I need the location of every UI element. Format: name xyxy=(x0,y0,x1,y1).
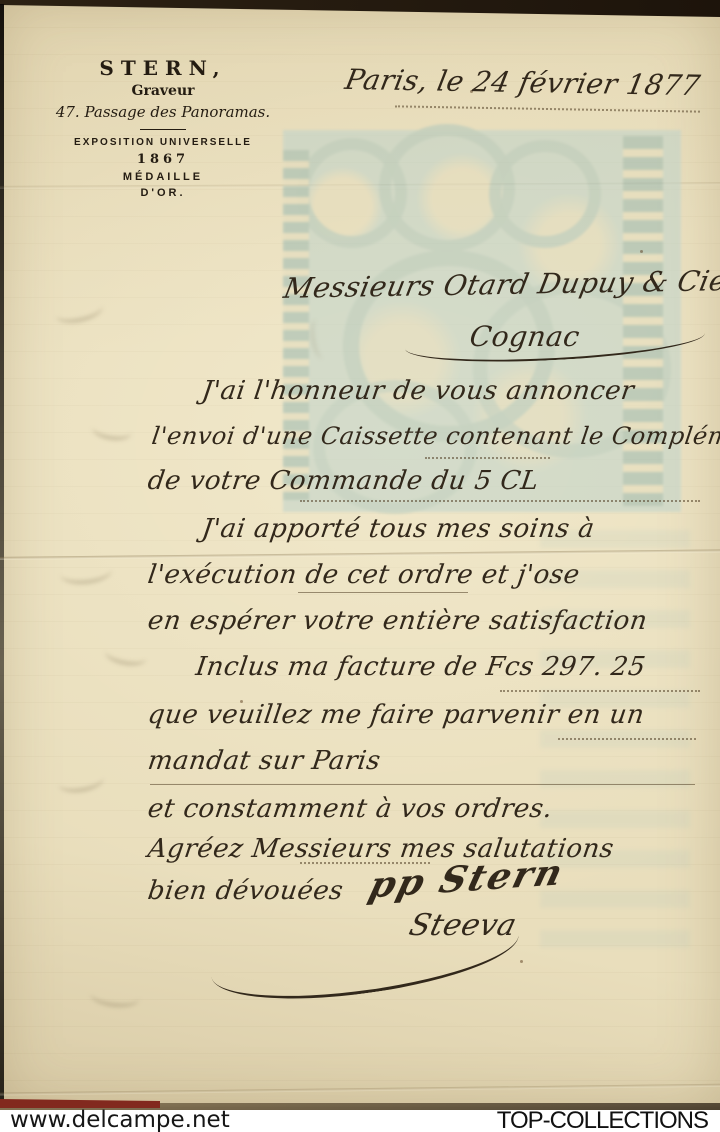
body-line: en espérer votre entière satisfaction xyxy=(146,606,649,636)
dateline: Paris, le 24 février 1877 xyxy=(342,63,703,102)
letterhead-divider xyxy=(140,129,186,130)
letterhead-title: Graveur xyxy=(48,83,278,99)
ruling xyxy=(558,738,696,740)
footer-site-url: www.delcampe.net xyxy=(10,1107,230,1132)
body-line: mandat sur Paris xyxy=(146,746,383,776)
body-line: Inclus ma facture de Fcs 297. 25 xyxy=(194,652,648,682)
body-line: et constamment à vos ordres. xyxy=(146,794,555,824)
footer-collection-label: TOP-COLLECTIONS xyxy=(497,1107,708,1132)
body-line: l'exécution de cet ordre et j'ose xyxy=(146,560,582,590)
ruling xyxy=(150,784,695,785)
body-line: de votre Commande du 5 CL xyxy=(146,466,541,496)
watermark-stamp-lower xyxy=(540,530,690,960)
body-line: l'envoi d'une Caissette contenant le Com… xyxy=(150,422,720,450)
body-line: J'ai apporté tous mes soins à xyxy=(200,514,597,544)
letterhead-address: 47. Passage des Panoramas. xyxy=(48,103,278,121)
ruling xyxy=(425,457,550,459)
letterhead-medal: MÉDAILLE xyxy=(48,171,278,183)
ruling xyxy=(300,500,700,502)
ruling xyxy=(500,690,700,692)
letterhead-exposition: EXPOSITION UNIVERSELLE xyxy=(48,137,278,148)
body-line: que veuillez me faire parvenir en un xyxy=(146,700,646,730)
ruling xyxy=(298,592,468,593)
letterhead-name: STERN, xyxy=(48,56,278,80)
letterhead: STERN, Graveur 47. Passage des Panoramas… xyxy=(48,56,278,199)
letterhead-year: 1867 xyxy=(48,152,278,167)
backdrop-left-shadow xyxy=(0,4,4,1104)
letterhead-medal: D'OR. xyxy=(48,187,278,199)
footer-bar: www.delcampe.net TOP-COLLECTIONS xyxy=(0,1110,720,1132)
body-line: bien dévouées xyxy=(146,876,345,906)
body-line: J'ai l'honneur de vous annoncer xyxy=(200,376,636,406)
